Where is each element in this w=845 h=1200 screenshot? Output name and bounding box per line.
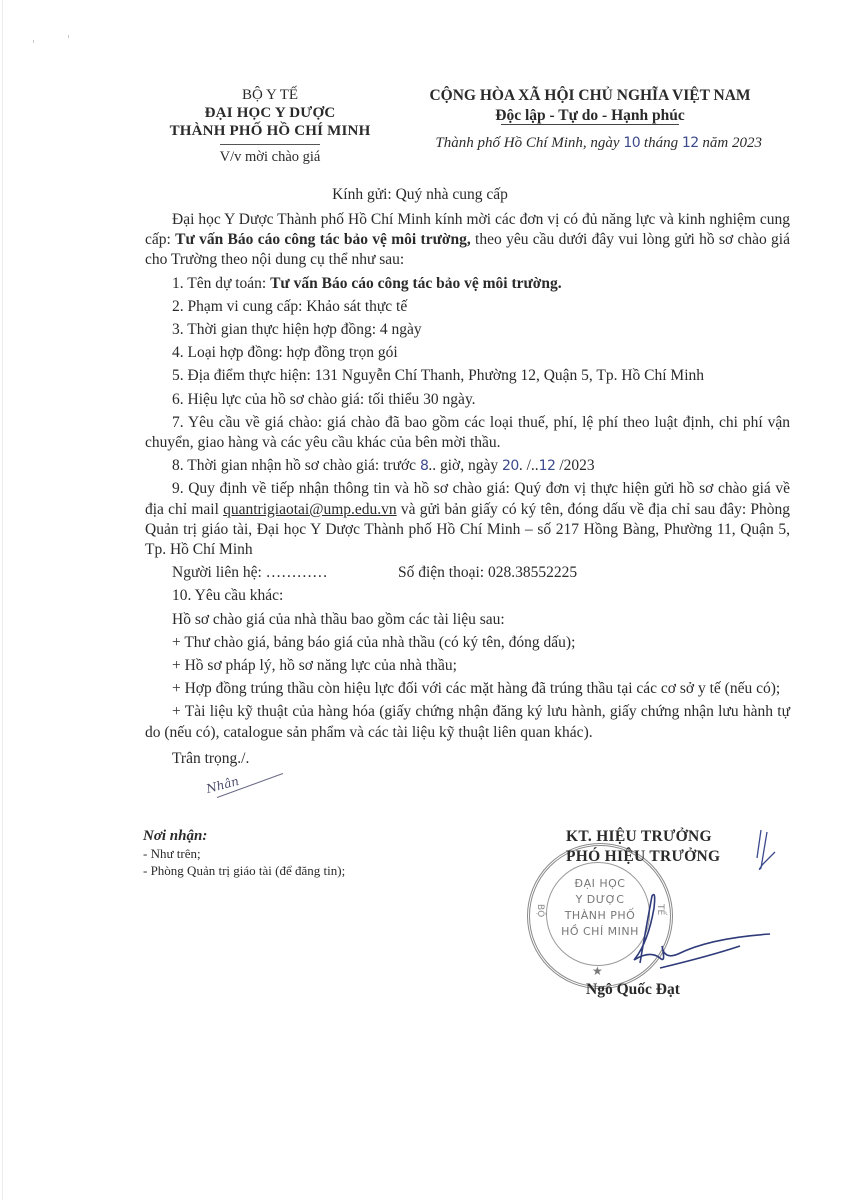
header-divider xyxy=(220,144,320,145)
place-date-prefix: Thành phố Hồ Chí Minh, ngày xyxy=(435,135,623,151)
recipient-2: - Phòng Quản trị giáo tài (để đăng tin); xyxy=(143,862,345,879)
handwritten-deadline-month: 12 xyxy=(539,458,556,474)
item-10-title: 10. Yêu cầu khác: xyxy=(145,586,790,606)
star-icon: ★ xyxy=(592,964,603,979)
item-3: 3. Thời gian thực hiện hợp đồng: 4 ngày xyxy=(145,320,790,340)
contact-person: Người liên hệ: ………… xyxy=(172,564,328,581)
issuer-header: BỘ Y TẾ ĐẠI HỌC Y DƯỢC THÀNH PHỐ HỒ CHÍ … xyxy=(140,86,400,166)
org-name-line1: ĐẠI HỌC Y DƯỢC xyxy=(140,104,400,122)
contact-row: Người liên hệ: …………Số điện thoại: 028.38… xyxy=(145,563,790,583)
item-9-submission: 9. Quy định về tiếp nhận thông tin và hồ… xyxy=(145,479,790,560)
estimate-name: Tư vấn Báo cáo công tác bảo vệ môi trườn… xyxy=(270,275,562,292)
item-5: 5. Địa điểm thực hiện: 131 Nguyễn Chí Th… xyxy=(145,366,790,386)
handwritten-deadline-day: 20 xyxy=(502,458,519,474)
handwritten-month: 12 xyxy=(682,135,699,151)
handwritten-day: 10 xyxy=(623,135,640,151)
month-label: tháng xyxy=(640,135,682,151)
signer-role-1: KT. HIỆU TRƯỞNG xyxy=(566,828,712,846)
item-8-deadline: 8. Thời gian nhận hồ sơ chào giá: trước … xyxy=(145,456,790,476)
salutation: Kính gửi: Quý nhà cung cấp xyxy=(140,186,700,204)
scan-speck xyxy=(33,40,34,43)
email-link[interactable]: quantrigiaotai@ump.edu.vn xyxy=(223,501,397,518)
item-2: 2. Phạm vi cung cấp: Khảo sát thực tế xyxy=(145,297,790,317)
scan-speck xyxy=(68,35,69,38)
org-name-line2: THÀNH PHỐ HỒ CHÍ MINH xyxy=(140,122,400,140)
document-req-1: + Thư chào giá, bảng báo giá của nhà thầ… xyxy=(145,633,790,653)
item-6: 6. Hiệu lực của hồ sơ chào giá: tối thiể… xyxy=(145,390,790,410)
document-req-2: + Hồ sơ pháp lý, hồ sơ năng lực của nhà … xyxy=(145,656,790,676)
intro-paragraph: Đại học Y Dược Thành phố Hồ Chí Minh kín… xyxy=(145,210,790,271)
nation-title: CỘNG HÒA XÃ HỘI CHỦ NGHĨA VIỆT NAM xyxy=(410,86,770,106)
deadline-label: 8. Thời gian nhận hồ sơ chào giá: trước xyxy=(172,457,420,474)
handwritten-signature-icon xyxy=(620,888,810,978)
item-7: 7. Yêu cầu về giá chào: giá chào đã bao … xyxy=(145,413,790,453)
closing: Trân trọng./. xyxy=(145,749,790,769)
contact-phone: Số điện thoại: 028.38552225 xyxy=(371,563,577,583)
hour-suffix: .. giờ, ngày xyxy=(428,457,502,474)
document-req-4: + Tài liệu kỹ thuật của hàng hóa (giấy c… xyxy=(145,702,790,742)
year-label: năm 2023 xyxy=(699,135,762,151)
recipients-block: Nơi nhận: - Như trên; - Phòng Quản trị g… xyxy=(143,828,345,879)
place-date: Thành phố Hồ Chí Minh, ngày 10 tháng 12 … xyxy=(410,133,770,153)
document-req-3: + Hợp đồng trúng thầu còn hiệu lực đối v… xyxy=(145,679,790,699)
signer-name: Ngô Quốc Đạt xyxy=(586,981,680,999)
handwritten-initials: Nhân xyxy=(205,774,241,796)
recipient-1: - Như trên; xyxy=(143,845,345,862)
deadline-year: /2023 xyxy=(555,457,594,474)
document-subject: V/v mời chào giá xyxy=(140,148,400,166)
document-page: BỘ Y TẾ ĐẠI HỌC Y DƯỢC THÀNH PHỐ HỒ CHÍ … xyxy=(0,0,845,1200)
national-header: CỘNG HÒA XÃ HỘI CHỦ NGHĨA VIỆT NAM Độc l… xyxy=(410,86,770,153)
scan-edge xyxy=(2,0,3,1200)
national-motto: Độc lập - Tự do - Hạnh phúc xyxy=(410,106,770,126)
initial-mark-icon xyxy=(747,828,777,872)
item-1: 1. Tên dự toán: Tư vấn Báo cáo công tác … xyxy=(145,274,790,294)
item-4: 4. Loại hợp đồng: hợp đồng trọn gói xyxy=(145,343,790,363)
service-name: Tư vấn Báo cáo công tác bảo vệ môi trườn… xyxy=(175,231,471,248)
letter-body: Đại học Y Dược Thành phố Hồ Chí Minh kín… xyxy=(145,210,790,772)
ministry-name: BỘ Y TẾ xyxy=(140,86,400,104)
seal-side-left: BỘ xyxy=(535,904,545,917)
item-label: 1. Tên dự toán: xyxy=(172,275,270,292)
recipients-title: Nơi nhận: xyxy=(143,828,345,845)
signer-role-2: PHÓ HIỆU TRƯỞNG xyxy=(566,848,720,866)
documents-intro: Hồ sơ chào giá của nhà thầu bao gồm các … xyxy=(145,610,790,630)
date-separator: . /.. xyxy=(519,457,539,474)
